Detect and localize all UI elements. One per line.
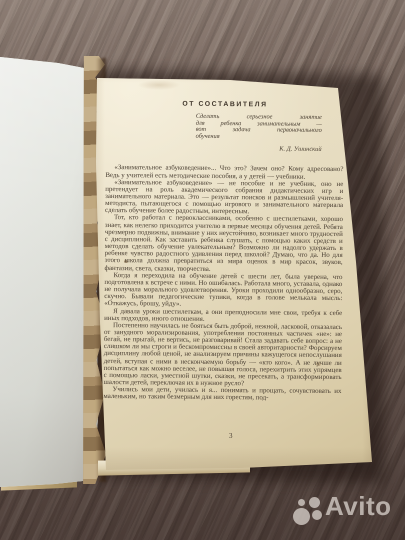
epigraph: Сделать серьезное занятие для ребенка за… xyxy=(196,114,322,141)
avito-watermark: Avito xyxy=(292,495,404,531)
avito-logo-icon xyxy=(312,510,322,520)
paragraph: Постепенно научилась не бояться быть доб… xyxy=(104,322,343,388)
page-number: 3 xyxy=(229,432,233,440)
paragraph: «Занимательное азбуковедение» — не пособ… xyxy=(105,179,343,217)
book-page: ОТ СОСТАВИТЕЛЯ Сделать серьезное занятие… xyxy=(90,62,386,476)
avito-logo-icon xyxy=(309,497,320,508)
paragraph: Тот, кто работал с первоклассниками, осо… xyxy=(105,214,343,273)
paragraph: Когда я переходила на обучение детей с ш… xyxy=(104,272,342,310)
epigraph-line: обучения xyxy=(196,134,322,142)
avito-logo-icon xyxy=(298,499,305,506)
book-photo: ОТ СОСТАВИТЕЛЯ Сделать серьезное занятие… xyxy=(0,0,405,540)
paragraph: Учились мои дети, училась и я... понимат… xyxy=(103,386,341,402)
avito-watermark-label: Avito xyxy=(325,491,392,522)
epigraph-author: К. Д. Ушинский xyxy=(106,144,322,153)
section-heading: ОТ СОСТАВИТЕЛЯ xyxy=(106,100,344,109)
body-text: «Занимательное азбуковедение»... Что это… xyxy=(103,164,343,402)
avito-logo-icon xyxy=(293,508,310,525)
page-text-block: ОТ СОСТАВИТЕЛЯ Сделать серьезное занятие… xyxy=(103,100,344,403)
paper-stain xyxy=(138,80,180,90)
